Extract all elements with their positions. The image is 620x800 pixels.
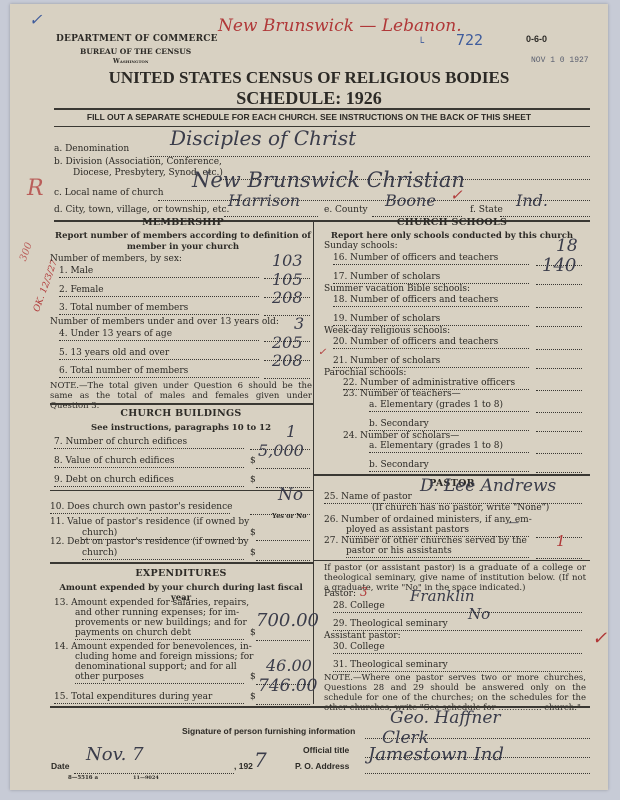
margin-count: 300	[18, 241, 35, 263]
dollar-sign: $	[250, 672, 256, 683]
by-sex-heading: Number of members, by sex:	[50, 254, 182, 265]
teachers-secondary-field[interactable]	[536, 419, 582, 432]
red-check-icon: ✓	[592, 628, 607, 649]
county-label: e. County	[324, 205, 368, 216]
dollar-sign: $	[250, 528, 256, 539]
assistant-ministers-value: —	[508, 516, 519, 529]
edifices-value-value: 5,000	[258, 441, 304, 460]
schools-title: CHURCH SCHOOLS	[314, 217, 590, 228]
print-number: 11—9024	[133, 775, 159, 781]
male-value: 103	[272, 251, 303, 270]
dollar-sign: $	[250, 628, 256, 639]
summer-scholars-label: 19. Number of scholars	[333, 314, 529, 326]
margin-ok-date: OK. 12/3/27	[32, 259, 60, 314]
weekday-scholars-label: 21. Number of scholars	[333, 356, 529, 368]
assistant-seminary-label: 31. Theological seminary	[333, 660, 582, 672]
pastor-residence-value: No	[278, 485, 303, 505]
edifices-count-value: 1	[286, 422, 296, 441]
membership-subtitle: Report number of members according to de…	[54, 231, 312, 241]
weekday-scholars-field[interactable]	[536, 356, 582, 369]
denomination-value: Disciples of Christ	[170, 126, 356, 150]
scholars-elementary-field[interactable]	[536, 441, 582, 454]
buildings-subtitle: See instructions, paragraphs 10 to 12	[50, 423, 312, 433]
pastor-seminary-label: 29. Theological seminary	[333, 619, 582, 631]
membership-rule	[50, 403, 313, 405]
date-value: Nov. 7	[86, 744, 144, 765]
female-value: 105	[272, 270, 303, 289]
edifices-debt-label: 9. Debt on church edifices	[54, 475, 244, 487]
assistant-college-label: 30. College	[333, 642, 582, 654]
yes-no-hint: Yes or No	[272, 512, 306, 520]
male-label: 1. Male	[59, 266, 259, 278]
header-rule	[54, 108, 590, 110]
assistant-pastor-subheading: Assistant pastor:	[324, 631, 401, 642]
red-check-icon: ✓	[450, 186, 463, 204]
local-name-value: New Brunswick Christian	[192, 168, 465, 192]
handwritten-place: New Brunswick — Lebanon.	[218, 16, 462, 36]
over-13-value: 205	[272, 333, 303, 352]
edifices-value-label: 8. Value of church edifices	[54, 456, 244, 468]
sunday-officers-value: 18	[556, 236, 578, 256]
state-label: f. State	[470, 205, 503, 216]
summer-schools-heading: Summer vacation Bible schools:	[324, 284, 470, 295]
admin-officers-field[interactable]	[536, 378, 582, 391]
stamp-number: 722	[456, 31, 483, 49]
county-value: Boone	[385, 191, 436, 210]
pastor-residence-label: 10. Does church own pastor's residence	[50, 502, 230, 514]
schedule-title: SCHEDULE: 1926	[10, 88, 608, 109]
other-churches-value: 1	[556, 532, 566, 550]
city-town-value: Harrison	[228, 191, 300, 210]
membership-title: MEMBERSHIP	[54, 217, 312, 228]
q13-line-4: payments on church debt	[75, 628, 244, 640]
po-address-value: Jamestown Ind	[368, 744, 504, 765]
teachers-secondary-label: b. Secondary	[369, 419, 529, 431]
form-title: UNITED STATES CENSUS OF RELIGIOUS BODIES	[10, 68, 608, 88]
dollar-sign: $	[250, 456, 256, 467]
signature-value: Geo. Haffner	[390, 708, 501, 728]
weekday-officers-label: 20. Number of officers and teachers	[333, 337, 529, 349]
column-divider	[313, 222, 314, 704]
teachers-elementary-label: a. Elementary (grades 1 to 8)	[369, 400, 529, 412]
city-label: Washington	[113, 58, 149, 65]
footer-rule	[50, 706, 590, 708]
form-number: 8—5516 a	[68, 775, 98, 781]
census-schedule-sheet: ✓ DEPARTMENT OF COMMERCE BUREAU OF THE C…	[10, 4, 608, 790]
pastor-name-hint: (If church has no pastor, write "None")	[372, 503, 549, 514]
buildings-bottom-rule	[50, 562, 313, 564]
sunday-scholars-label: 17. Number of scholars	[333, 272, 529, 284]
code-label: 0-6-0	[526, 34, 547, 44]
teachers-elementary-field[interactable]	[536, 400, 582, 413]
female-label: 2. Female	[59, 285, 259, 297]
weekday-officers-field[interactable]	[536, 337, 582, 350]
dollar-sign: $	[250, 692, 256, 703]
dollar-sign: $	[250, 475, 256, 486]
benevolences-value: 46.00	[266, 656, 312, 675]
total-members-value: 208	[272, 288, 303, 307]
residence-debt-label-2: church)	[82, 548, 244, 560]
year-prefix: , 192	[234, 761, 253, 772]
signature-label: Signature of person furnishing informati…	[182, 726, 355, 737]
weekday-schools-heading: Week-day religious schools:	[324, 326, 450, 337]
check-mark-icon: ✓	[29, 10, 42, 29]
buildings-rule	[50, 490, 313, 491]
over-13-label: 5. 13 years old and over	[59, 348, 259, 360]
margin-r-mark: R	[27, 176, 44, 201]
division-label: b. Division (Association, Conference,	[54, 157, 222, 168]
instruction-banner: FILL OUT A SEPARATE SCHEDULE FOR EACH CH…	[10, 112, 608, 122]
under-13-label: 4. Under 13 years of age	[59, 329, 259, 341]
by-age-heading: Number of members under and over 13 year…	[50, 317, 279, 328]
sunday-schools-heading: Sunday schools:	[324, 241, 398, 252]
edifices-count-label: 7. Number of church edifices	[54, 437, 244, 449]
other-churches-label-2: pastor or his assistants	[346, 546, 529, 558]
sunday-officers-label: 16. Number of officers and teachers	[333, 253, 529, 265]
teachers-heading: 23. Number of teachers—	[343, 389, 461, 400]
total-expenditures-value: 746.00	[258, 676, 317, 696]
state-value: Ind.	[516, 191, 548, 210]
po-address-label: P. O. Address	[295, 761, 349, 772]
denomination-label: a. Denomination	[54, 144, 129, 155]
residence-debt-field[interactable]	[256, 548, 310, 561]
under-13-value: 3	[294, 314, 304, 333]
pastor-college-value: Franklin	[410, 587, 475, 605]
q14-line-4: other purposes	[75, 672, 244, 684]
residence-value-label: 11. Value of pastor's residence (if owne…	[50, 517, 249, 528]
membership-note: NOTE.—The total given under Question 6 s…	[50, 381, 312, 411]
buildings-title: CHURCH BUILDINGS	[50, 408, 312, 419]
scholars-secondary-field[interactable]	[536, 460, 582, 473]
bureau-label: BUREAU OF THE CENSUS	[80, 47, 191, 56]
summer-officers-label: 18. Number of officers and teachers	[333, 295, 529, 307]
received-stamp: NOV 1 0 1927	[531, 56, 589, 65]
total-by-age-label: 6. Total number of members	[59, 366, 259, 378]
official-title-label: Official title	[303, 745, 349, 756]
year-suffix: 7	[254, 748, 267, 772]
red-tick-icon: ✓	[318, 347, 326, 358]
pastor-name-value: D. Lee Andrews	[420, 476, 556, 496]
residence-value-field[interactable]	[256, 528, 310, 541]
city-town-label: d. City, town, village, or township, etc…	[54, 205, 229, 216]
running-expenses-value: 700.00	[256, 610, 319, 631]
total-by-age-value: 208	[272, 351, 303, 370]
department-label: DEPARTMENT OF COMMERCE	[56, 34, 218, 44]
total-expenditures-label: 15. Total expenditures during year	[54, 692, 244, 704]
residence-debt-label: 12. Debt on pastor's residence (if owned…	[50, 537, 249, 548]
sunday-scholars-value: 140	[542, 255, 576, 276]
stamp-bracket-icon: └	[418, 38, 424, 49]
expenditures-title: EXPENDITURES	[50, 568, 312, 579]
schools-subtitle: Report here only schools conducted by th…	[314, 231, 590, 241]
scholars-elementary-label: a. Elementary (grades 1 to 8)	[369, 441, 529, 453]
summer-officers-field[interactable]	[536, 295, 582, 308]
date-label: Date	[51, 761, 69, 772]
total-members-label: 3. Total number of members	[59, 303, 259, 315]
summer-scholars-field[interactable]	[536, 314, 582, 327]
pastor-red-mark: 3	[360, 585, 368, 599]
local-name-label: c. Local name of church	[54, 188, 164, 199]
pastor-rule	[314, 560, 590, 561]
scholars-secondary-label: b. Secondary	[369, 460, 529, 472]
pastor-subheading: Pastor:	[324, 589, 356, 600]
dollar-sign: $	[250, 548, 256, 559]
pastor-seminary-value: No	[468, 605, 490, 623]
